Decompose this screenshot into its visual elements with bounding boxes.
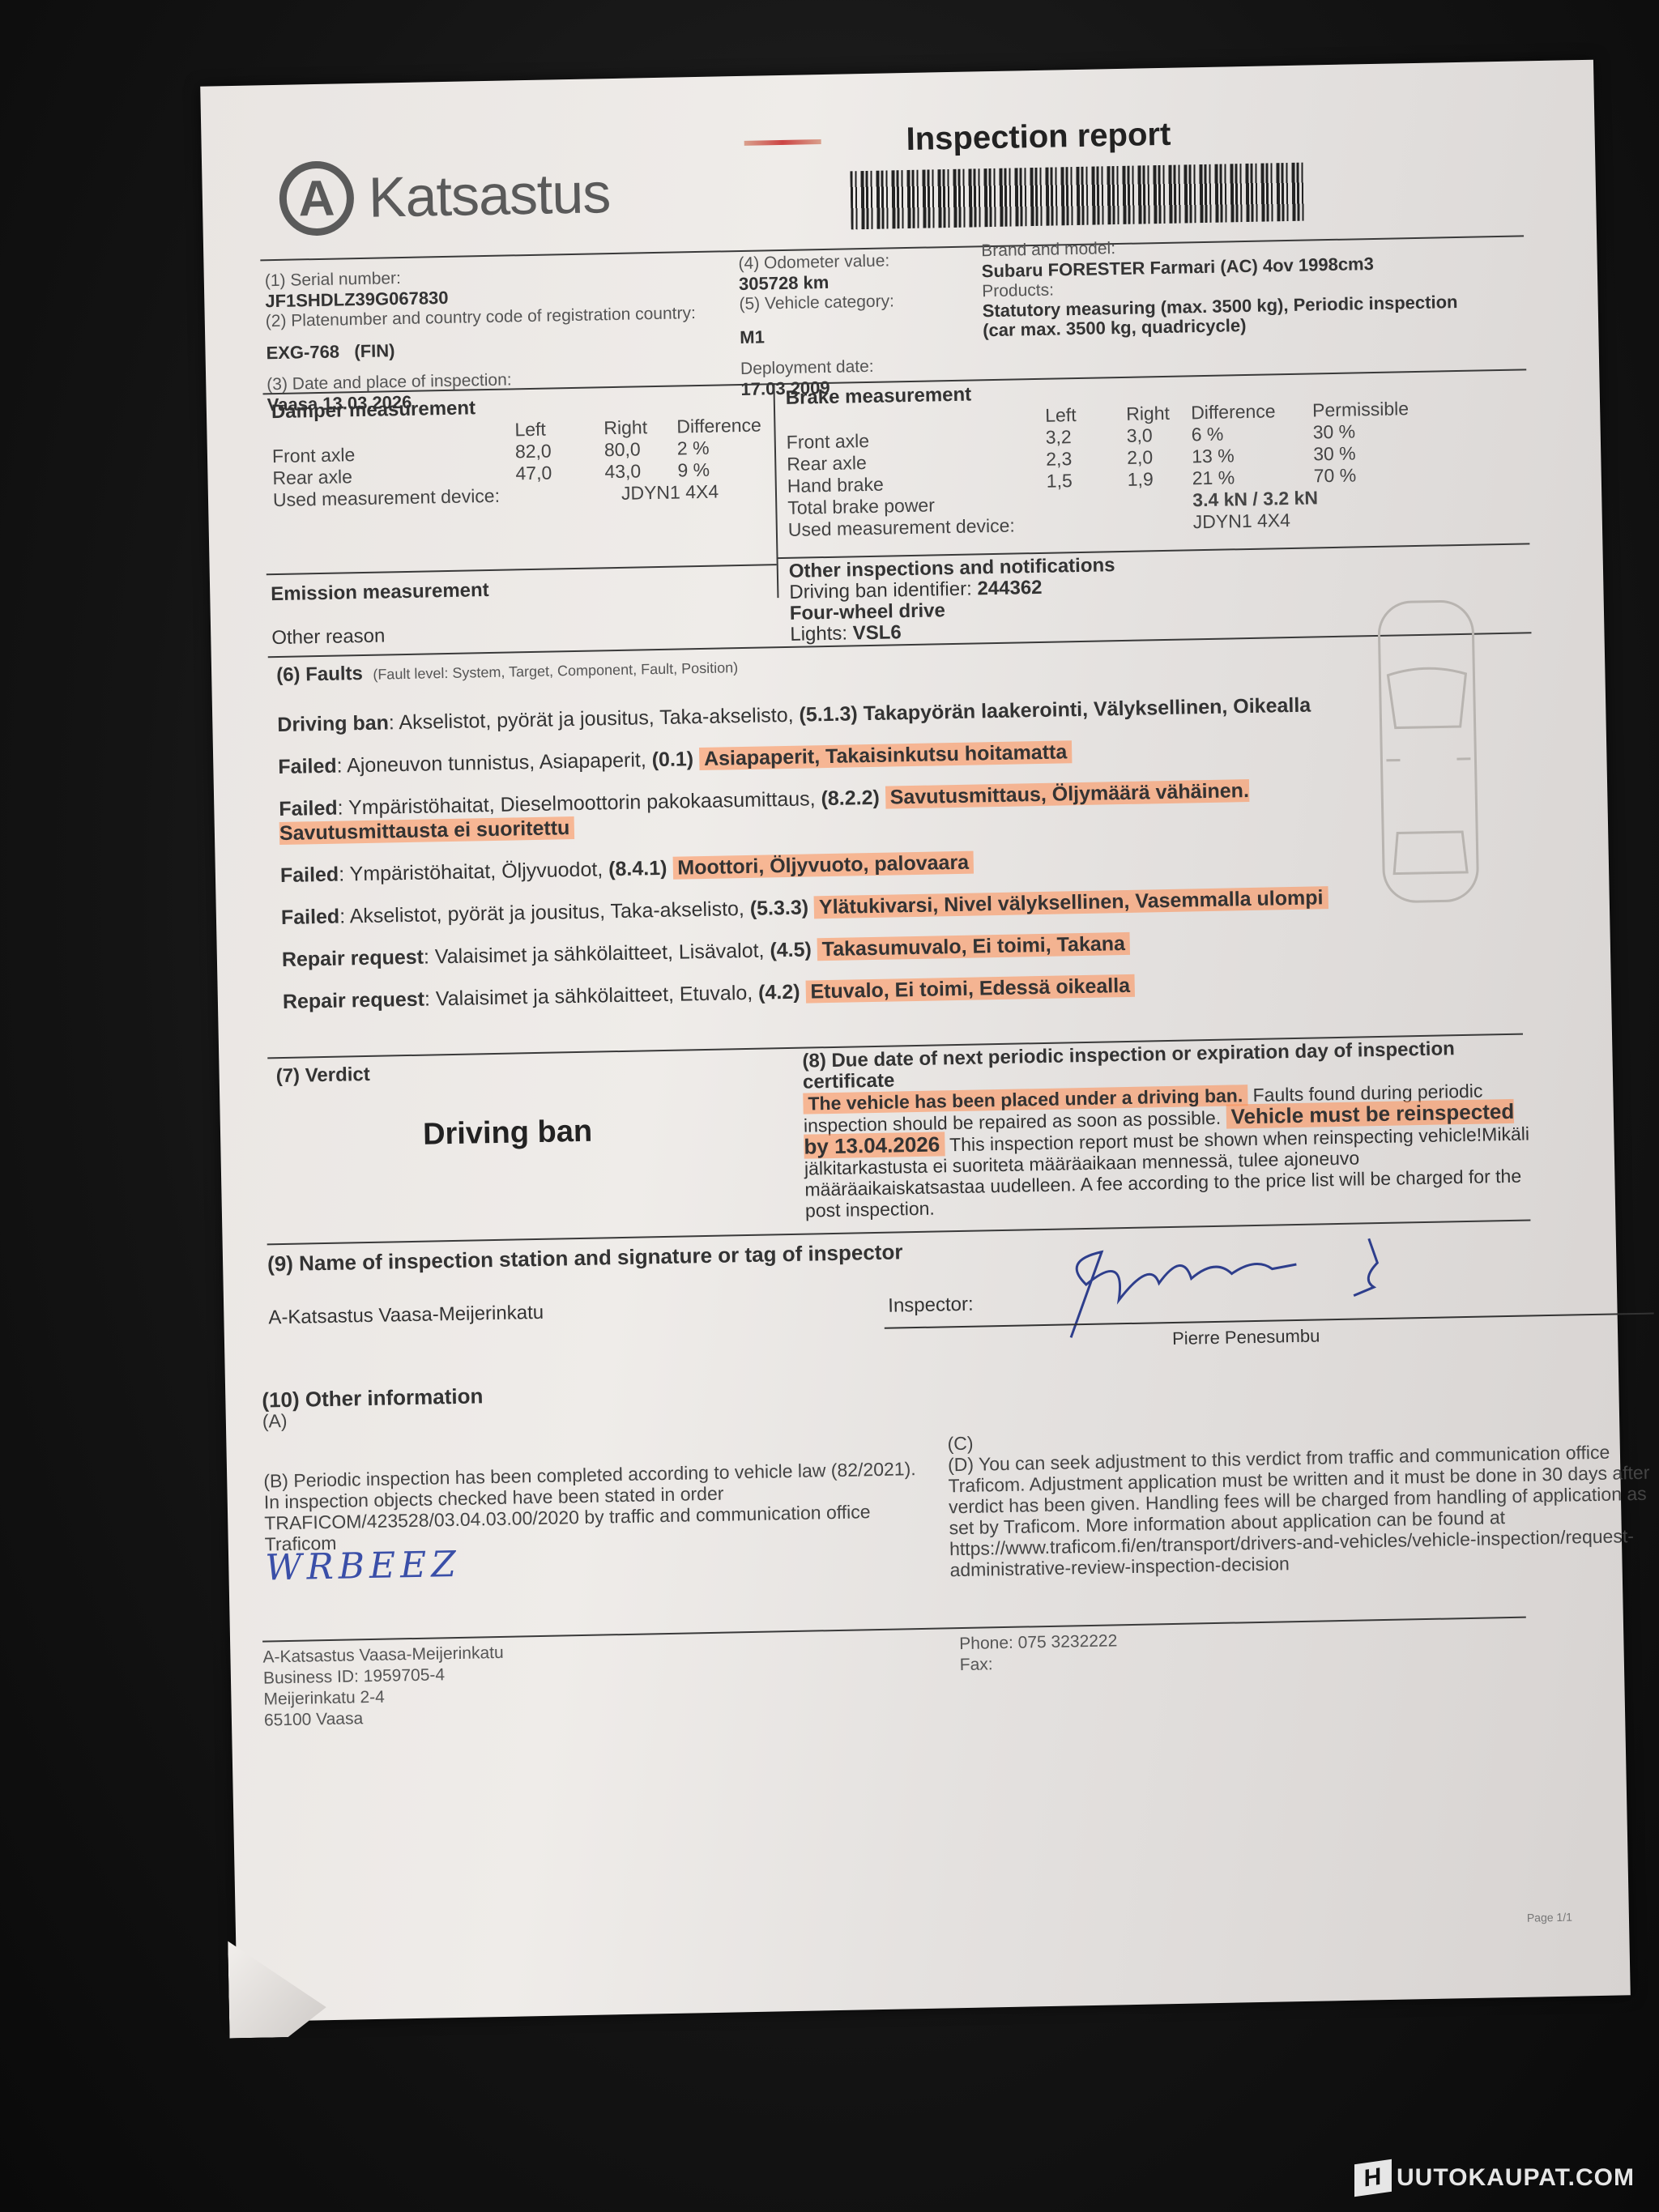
- handwritten-note: WRBEEZ: [265, 1545, 929, 1579]
- huutokaupat-watermark: H UUTOKAUPAT.COM: [1354, 2162, 1635, 2194]
- other-info-right: (C) (D) You can seek adjustment to this …: [947, 1419, 1659, 1580]
- page-number: Page 1/1: [1527, 1911, 1572, 1924]
- ban-id-value: 244362: [977, 577, 1043, 600]
- inspector-label: Inspector:: [888, 1294, 974, 1318]
- due-date-section: (8) Due date of next periodic inspection…: [802, 1037, 1534, 1221]
- fault-path: : Valaisimet ja sähkölaitteet, Etuvalo,: [424, 982, 759, 1011]
- table-cell: 1,9: [1127, 467, 1192, 491]
- products-value: Statutory measuring (max. 3500 kg), Peri…: [982, 292, 1485, 340]
- table-cell: 2 %: [677, 437, 758, 460]
- fault-item: Failed: Ympäristöhaitat, Dieselmoottorin…: [279, 776, 1357, 846]
- damper-measurement: Damper measurement LeftRightDifferenceFr…: [271, 392, 760, 511]
- lights-value: VSL6: [852, 621, 902, 644]
- table-cell: 80,0: [604, 438, 678, 462]
- fault-detail: Takapyörän laakerointi, Välyksellinen, O…: [863, 694, 1311, 726]
- column-header: Left: [1045, 403, 1126, 427]
- verdict-value: Driving ban: [423, 1115, 593, 1153]
- fault-code: (0.1): [651, 748, 699, 771]
- station-name: A-Katsastus Vaasa-Meijerinkatu: [268, 1302, 544, 1330]
- car-top-view-icon: [1369, 596, 1488, 906]
- damper-device-value: JDYN1 4X4: [621, 481, 719, 505]
- watermark-text: UUTOKAUPAT.COM: [1397, 2164, 1635, 2192]
- emission-other-reason: Other reason: [271, 623, 490, 650]
- fault-detail: Etuvalo, Ei toimi, Edessä oikealla: [805, 974, 1135, 1004]
- faults-header: (6) Faults (Fault level: System, Target,…: [276, 655, 738, 687]
- category-value: M1: [740, 322, 983, 348]
- emission-measurement: Emission measurement Other reason: [271, 579, 490, 650]
- fault-detail: Ylätukivarsi, Nivel välyksellinen, Vasem…: [814, 886, 1328, 918]
- watermark-logo-icon: H: [1354, 2159, 1392, 2197]
- fault-code: (8.4.1): [608, 857, 673, 881]
- signature-section: (9) Name of inspection station and signa…: [267, 1227, 1531, 1276]
- report-title: Inspection report: [906, 117, 1171, 158]
- pen-mark: [744, 139, 821, 146]
- fault-code: (5.3.3): [750, 896, 815, 920]
- other-info-b: (B) Periodic inspection has been complet…: [263, 1458, 929, 1555]
- table-cell: 30 %: [1312, 420, 1426, 444]
- fault-item: Failed: Akselistot, pyörät ja jousitus, …: [281, 884, 1358, 930]
- fault-detail: Asiapaperit, Takaisinkutsu hoitamatta: [699, 740, 1073, 770]
- footer-contact: Phone: 075 3232222 Fax:: [959, 1630, 1118, 1676]
- vehicle-odometer-category: (4) Odometer value: 305728 km (5) Vehicl…: [738, 249, 983, 400]
- other-info-left: (10) Other information (A) (B) Periodic …: [262, 1377, 929, 1579]
- verdict-title: (7) Verdict: [275, 1059, 591, 1088]
- fault-path: : Ympäristöhaitat, Dieselmoottorin pakok…: [337, 787, 821, 819]
- table-cell: 30 %: [1313, 441, 1427, 466]
- table-cell: 70 %: [1313, 463, 1427, 488]
- column-header: Difference: [1191, 399, 1312, 424]
- other-info-d: (D) You can seek adjustment to this verd…: [948, 1440, 1659, 1580]
- column-header: Left: [514, 417, 603, 441]
- barcode: [850, 163, 1304, 230]
- table-cell: 21 %: [1192, 465, 1313, 489]
- fault-code: (4.2): [758, 981, 806, 1004]
- katsastus-logo: A Katsastus: [279, 156, 611, 237]
- inspector-name: Pierre Penesumbu: [1172, 1325, 1320, 1349]
- fault-item: Repair request: Valaisimet ja sähkölaitt…: [282, 927, 1359, 972]
- fault-path: : Akselistot, pyörät ja jousitus, Taka-a…: [339, 897, 750, 928]
- table-cell: 43,0: [604, 460, 678, 484]
- brake-measurement: Brake measurement LeftRightDifferencePer…: [785, 373, 1484, 540]
- fault-item: Failed: Ympäristöhaitat, Öljyvuodot, (8.…: [280, 842, 1358, 888]
- plate-value: EXG-768 (FIN): [266, 334, 736, 364]
- fault-path: : Ajoneuvon tunnistus, Asiapaperit,: [336, 748, 652, 777]
- fault-item: Driving ban: Akselistot, pyörät ja jousi…: [277, 693, 1354, 738]
- fault-item: Repair request: Valaisimet ja sähkölaitt…: [283, 969, 1360, 1014]
- fault-code: (5.1.3): [799, 702, 864, 727]
- fault-code: (4.5): [770, 938, 817, 961]
- brake-total-value: 3.4 kN / 3.2 kN: [1192, 487, 1318, 511]
- table-cell: 6 %: [1191, 421, 1312, 445]
- vehicle-brand-products: Brand and model: Subaru FORESTER Farmari…: [981, 232, 1485, 340]
- fault-level: Repair request: [282, 946, 424, 971]
- damper-table: LeftRightDifferenceFront axle82,080,02 %…: [271, 415, 758, 490]
- column-header: Right: [603, 416, 677, 440]
- brake-device-value: JDYN1 4X4: [1193, 509, 1291, 533]
- fault-level: Failed: [278, 755, 337, 778]
- fault-path: : Ympäristöhaitat, Öljyvuodot,: [339, 858, 609, 885]
- table-cell: 2,3: [1046, 447, 1127, 471]
- fault-level: Failed: [279, 797, 338, 820]
- faults-title: (6) Faults: [276, 663, 363, 686]
- column-header: Right: [1126, 402, 1192, 425]
- fault-level: Failed: [280, 863, 339, 887]
- logo-text: Katsastus: [368, 160, 611, 230]
- fault-path: : Valaisimet ja sähkölaitteet, Lisävalot…: [424, 939, 770, 968]
- logo-icon: A: [279, 160, 355, 237]
- brake-table: LeftRightDifferencePermissibleFront axle…: [786, 396, 1484, 497]
- table-cell: 3,0: [1126, 424, 1192, 447]
- footer-address: A-Katsastus Vaasa-Meijerinkatu Business …: [262, 1643, 505, 1732]
- fault-item: Failed: Ajoneuvon tunnistus, Asiapaperit…: [278, 735, 1355, 780]
- fault-path: : Akselistot, pyörät ja jousitus, Taka-a…: [389, 704, 800, 735]
- fault-detail: Moottori, Öljyvuoto, palovaara: [672, 851, 974, 880]
- fault-code: (8.2.2): [821, 786, 885, 811]
- table-cell: 9 %: [677, 458, 758, 482]
- faults-subtitle: (Fault level: System, Target, Component,…: [373, 659, 738, 683]
- fault-level: Failed: [281, 906, 340, 929]
- fault-level: Driving ban: [277, 711, 389, 736]
- other-inspections: Other inspections and notifications Driv…: [789, 555, 1117, 646]
- fault-list: Driving ban: Akselistot, pyörät ja jousi…: [277, 693, 1360, 1032]
- inspector-signature: [1053, 1230, 1395, 1342]
- footer-fax: Fax:: [960, 1652, 1118, 1676]
- inspection-report-paper: A Katsastus Inspection report (1) Serial…: [200, 60, 1631, 2022]
- folded-corner: [228, 1939, 326, 2038]
- lights-label: Lights:: [790, 623, 847, 646]
- footer-phone: Phone: 075 3232222: [959, 1630, 1117, 1655]
- emission-title: Emission measurement: [271, 579, 489, 606]
- table-cell: 1,5: [1047, 469, 1128, 492]
- fault-level: Repair request: [283, 988, 425, 1013]
- table-cell: 13 %: [1192, 443, 1313, 467]
- verdict-section: (7) Verdict Driving ban: [275, 1059, 592, 1155]
- fault-detail: Takasumuvalo, Ei toimi, Takana: [817, 932, 1130, 961]
- footer-city: 65100 Vaasa: [264, 1706, 505, 1732]
- table-cell: 82,0: [515, 439, 604, 462]
- column-header: Difference: [676, 415, 757, 438]
- table-cell: 2,0: [1127, 445, 1192, 469]
- table-cell: 47,0: [515, 461, 604, 484]
- table-cell: 3,2: [1045, 425, 1127, 449]
- category-label: (5) Vehicle category:: [739, 290, 982, 314]
- column-header: Permissible: [1312, 398, 1426, 422]
